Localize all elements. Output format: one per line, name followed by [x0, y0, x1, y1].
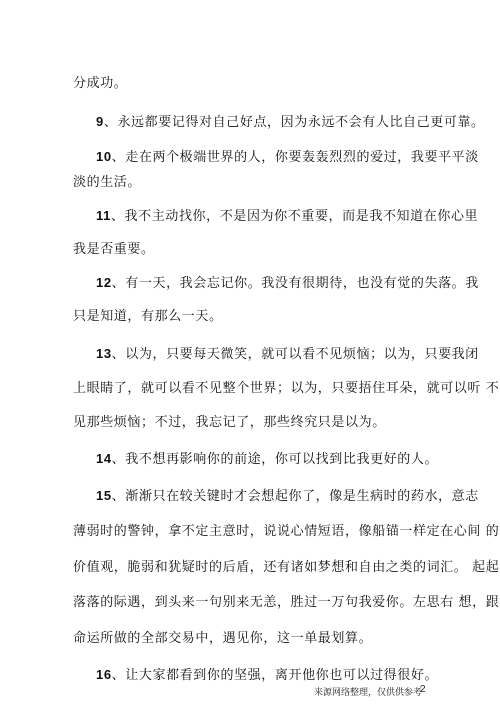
item-number: 10 [96, 149, 112, 164]
line-text: 上眼睛了，就可以看不见整个世界；以为，只要捂住耳朵，就可以听 不 [73, 381, 499, 396]
text-line: 只是知道，有那么一天。 [73, 308, 418, 326]
list-item-12: 12、有一天，我会忘记你。我没有很期待，也没有觉的失落。我 [96, 274, 418, 293]
page-number: 2 [420, 684, 426, 695]
text-line: 我是否重要。 [73, 241, 418, 259]
list-item-13: 13、以为，只要每天微笑，就可以看不见烦恼；以为，只要我闭 [96, 345, 418, 364]
line-text: 、渐渐只在较关键时才会想起你了，像是生病时的药水，意志 [112, 489, 479, 504]
text-line: 分成功。 [73, 75, 418, 93]
text-line: 上眼睛了，就可以看不见整个世界；以为，只要捂住耳朵，就可以听 不 [73, 380, 418, 398]
document-page: 分成功。 9、永远都要记得对自己好点，因为永远不会有人比自己更可靠。 10、走在… [0, 0, 500, 708]
line-text: 落落的际遇，到头来一句别来无恙，胜过一万句我爱你。左思右 想，跟 [73, 595, 499, 610]
text-line: 淡的生活。 [73, 174, 418, 192]
text-line: 落落的际遇，到头来一句别来无恙，胜过一万句我爱你。左思右 想，跟 [73, 594, 418, 612]
item-number: 12 [96, 275, 112, 290]
text-line: 命运所做的全部交易中，遇见你，这一单最划算。 [73, 630, 418, 648]
list-item-15: 15、渐渐只在较关键时才会想起你了，像是生病时的药水，意志 [96, 487, 418, 506]
text-line: 价值观，脆弱和犹疑时的后盾，还有诸如梦想和自由之类的词汇。 起起 [73, 559, 418, 577]
line-text: 分成功。 [73, 76, 127, 91]
line-text: 、走在两个极端世界的人，你要轰轰烈烈的爱过，我要平平淡 [112, 150, 479, 165]
line-text: 、有一天，我会忘记你。我没有很期待，也没有觉的失落。我 [112, 276, 479, 291]
line-text: 、我不主动找你，不是因为你不重要，而是我不知道在你心里 [111, 209, 478, 224]
line-text: 见那些烦恼；不过，我忘记了，那些终究只是以为。 [73, 415, 386, 430]
list-item-16: 16、让大家都看到你的坚强，离开他你也可以过得很好。 [96, 666, 418, 685]
line-text: 我是否重要。 [73, 242, 155, 257]
line-text: 、以为，只要每天微笑，就可以看不见烦恼；以为，只要我闭 [112, 347, 479, 362]
line-text: 、我不想再影响你的前途，你可以找到比我更好的人。 [112, 452, 438, 467]
line-text: 只是知道，有那么一天。 [73, 309, 223, 324]
line-text: 命运所做的全部交易中，遇见你，这一单最划算。 [73, 631, 372, 646]
list-item-10: 10、走在两个极端世界的人，你要轰轰烈烈的爱过，我要平平淡 [96, 148, 418, 167]
item-number: 15 [96, 488, 112, 503]
list-item-11: 11、我不主动找你，不是因为你不重要，而是我不知道在你心里 [96, 207, 418, 226]
line-text: 价值观，脆弱和犹疑时的后盾，还有诸如梦想和自由之类的词汇。 起起 [73, 560, 499, 575]
item-number: 9 [96, 114, 104, 129]
item-number: 14 [96, 451, 112, 466]
text-line: 见那些烦恼；不过，我忘记了，那些终究只是以为。 [73, 414, 418, 432]
text-line: 薄弱时的警钟，拿不定主意时，说说心情短语，像船锚一样定在心间 的 [73, 523, 418, 541]
line-text: 淡的生活。 [73, 175, 141, 190]
footer-source-note: 来源网络整理，仅供供参考 [314, 685, 422, 698]
list-item-14: 14、我不想再影响你的前途，你可以找到比我更好的人。 [96, 450, 418, 469]
item-number: 13 [96, 346, 112, 361]
line-text: 薄弱时的警钟，拿不定主意时，说说心情短语，像船锚一样定在心间 的 [73, 524, 499, 539]
line-text: 、永远都要记得对自己好点，因为永远不会有人比自己更可靠。 [104, 115, 485, 130]
list-item-9: 9、永远都要记得对自己好点，因为永远不会有人比自己更可靠。 [96, 113, 418, 132]
item-number: 16 [96, 667, 112, 682]
item-number: 11 [96, 208, 111, 223]
line-text: 、让大家都看到你的坚强，离开他你也可以过得很好。 [112, 668, 438, 683]
